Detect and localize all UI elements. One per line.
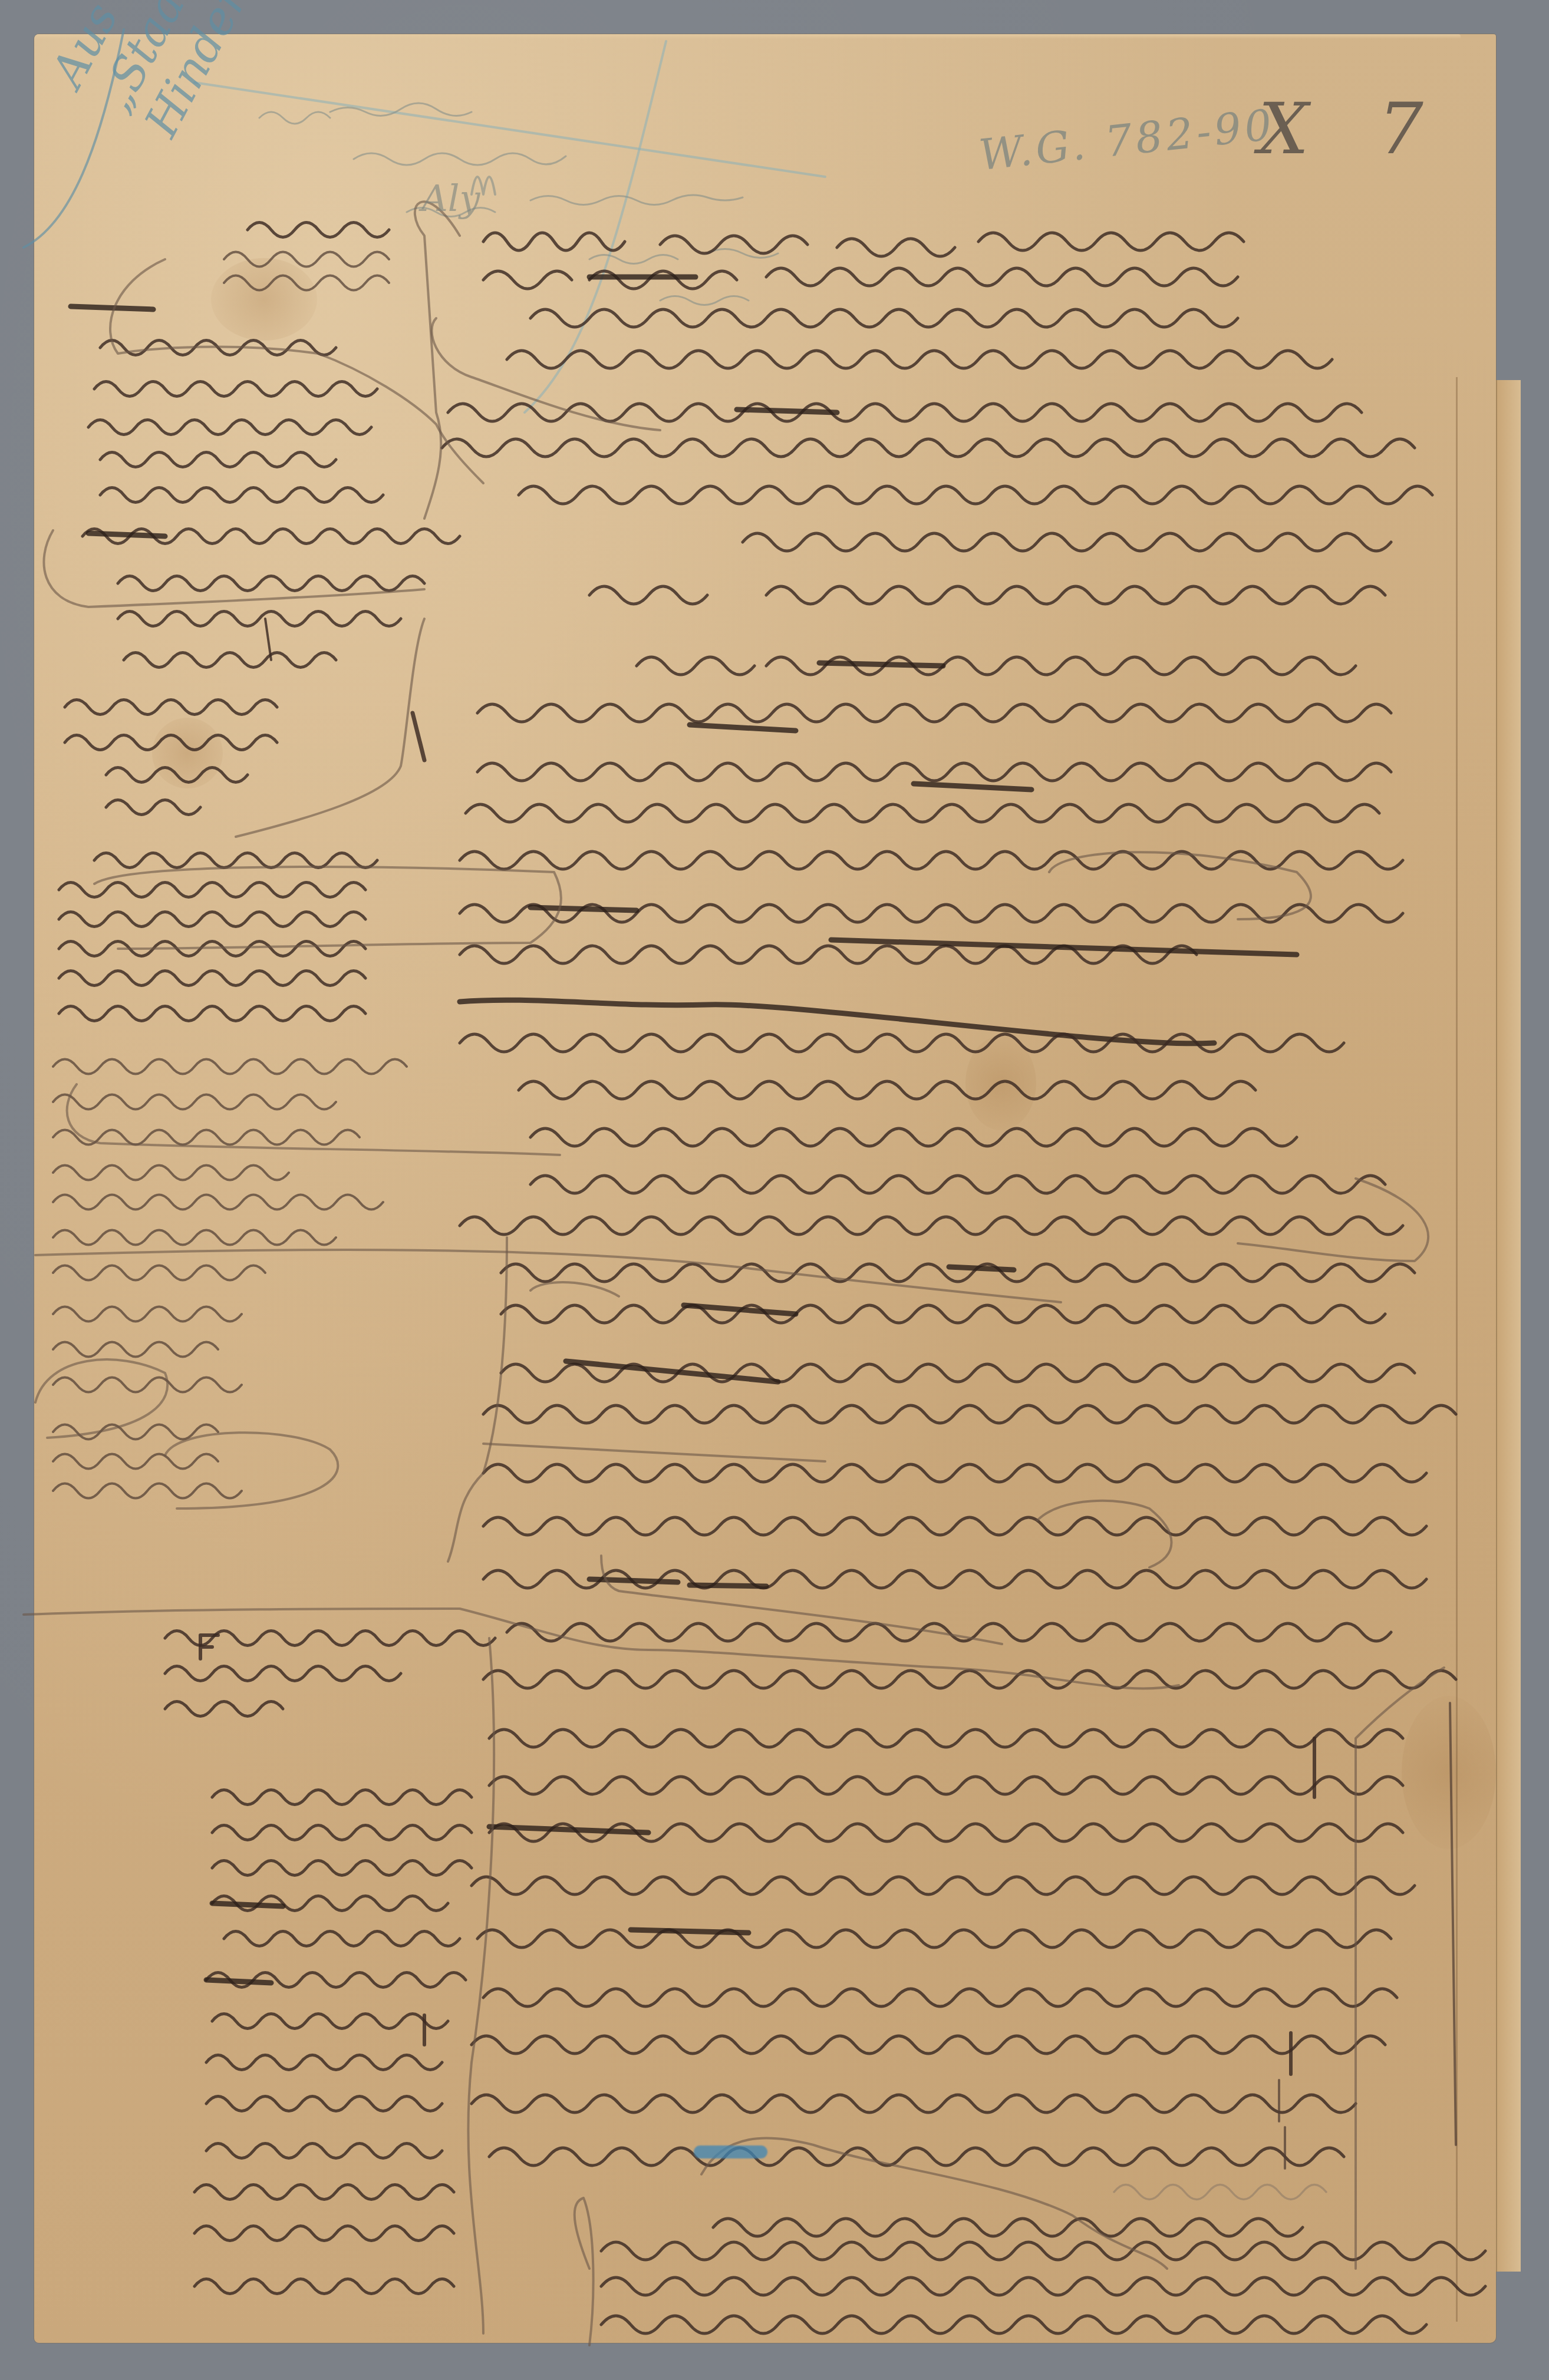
pencil-marginalia-aly: Aly (421, 177, 480, 220)
margin-strokes (265, 619, 1456, 2168)
marginal-F-note (200, 1635, 218, 1659)
blue-crayon-mark (694, 2145, 767, 2158)
pencil-notes-top (259, 103, 778, 305)
folio-mark: X 7 (1258, 88, 1447, 170)
handwriting-layer (0, 0, 1549, 2380)
main-text-lines (442, 233, 1485, 2333)
bottom-text (1114, 2185, 1326, 2200)
left-margin-notes (53, 223, 495, 2294)
